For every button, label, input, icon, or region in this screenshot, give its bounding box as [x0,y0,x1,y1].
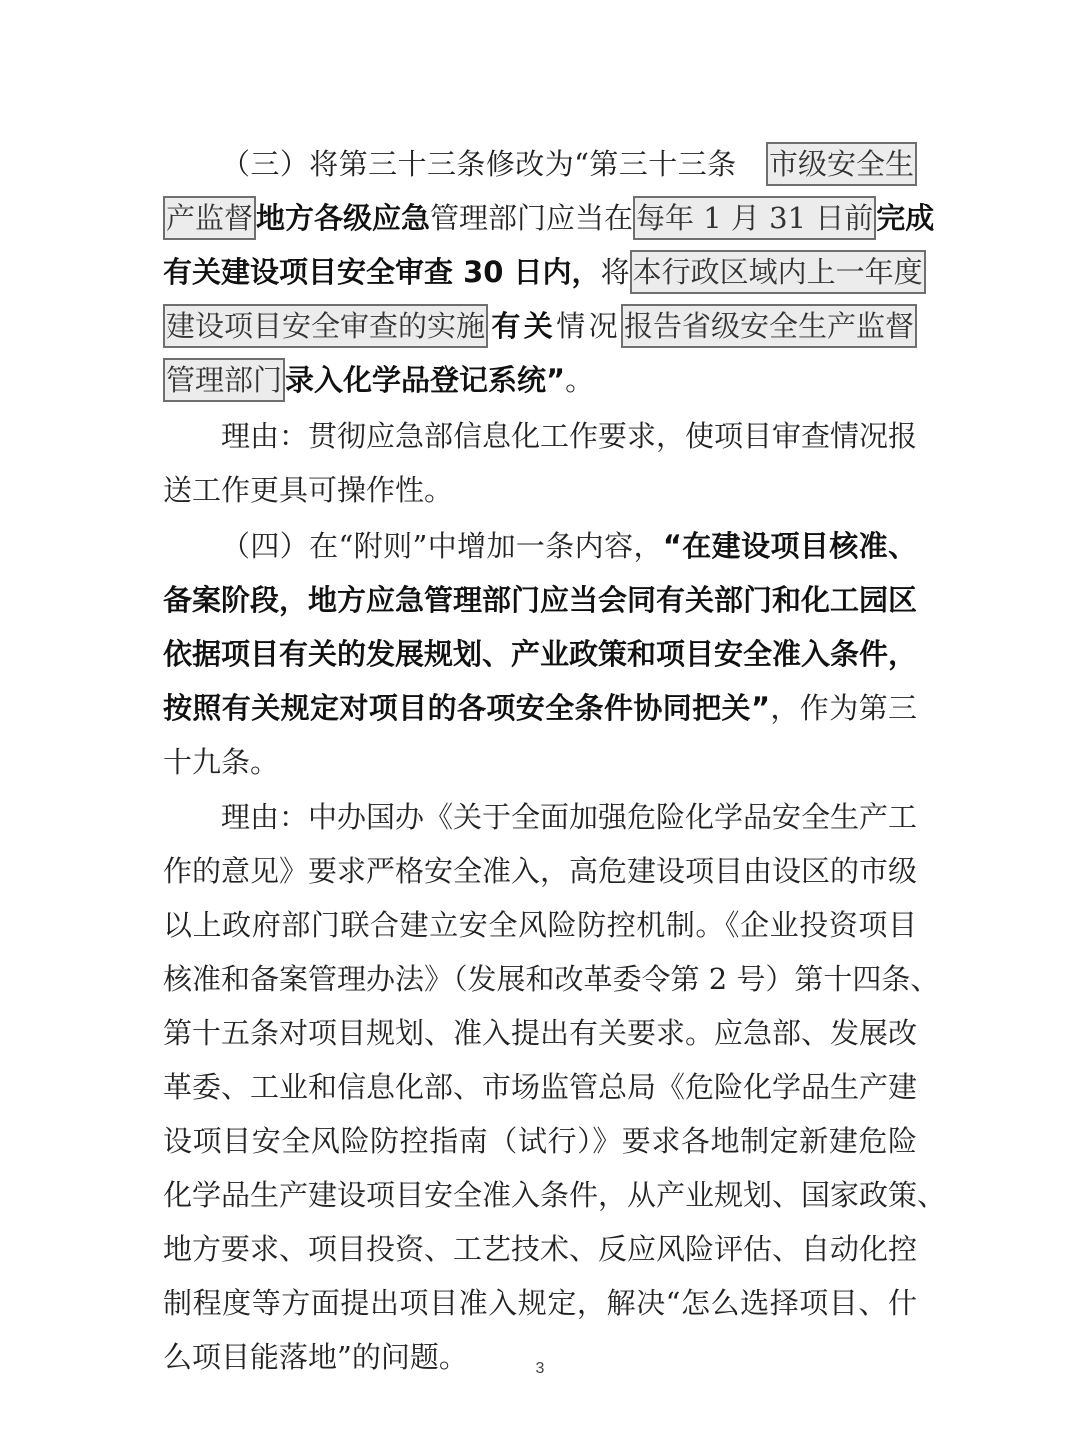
text-segment: 化学品生产建设项目安全准入条件，从产业规划、国家政策、 [163,1178,946,1212]
deleted-text: 本行政区域内上一年度 [630,250,926,294]
added-text: 依据项目有关的发展规划、产业政策和项目安全准入条件， [163,637,917,671]
added-text: 完成 [876,201,934,235]
text-segment: 地方要求、项目投资、工艺技术、反应风险评估、自动化控 [163,1232,917,1266]
deleted-text: 报告省级安全生产监督 [621,304,917,348]
text-segment: 设项目安全风险防控指南（试行）》要求各地制定新建危险 [163,1124,917,1158]
text-line: 设项目安全风险防控指南（试行）》要求各地制定新建危险 [163,1115,917,1167]
text-line: 送工作更具可操作性。 [163,464,917,516]
added-text: 按照有关规定对项目的各项安全条件协同把关” [163,691,770,725]
text-segment: 送工作更具可操作性。 [163,473,453,507]
text-segment: 理由：中办国办《关于全面加强危险化学品安全生产工 [221,800,917,834]
text-segment: 制程度等方面提出项目准入规定，解决“怎么选择项目、什 [163,1286,917,1320]
text-line: 备案阶段，地方应急管理部门应当会同有关部门和化工园区 [163,574,917,626]
added-text: 备案阶段，地方应急管理部门应当会同有关部门和化工园区 [163,583,917,617]
text-segment: 将 [601,255,630,289]
document-page: （三）将第三十三条修改为“第三十三条 市级安全生产监督地方各级应急管理部门应当在… [0,0,1080,1435]
text-segment: 十九条。 [163,745,279,779]
text-segment: 管理部门应当在 [430,201,633,235]
text-line: 按照有关规定对项目的各项安全条件协同把关”，作为第三 [163,682,917,734]
text-segment: ，作为第三 [770,691,917,725]
text-line: 理由：贯彻应急部信息化工作要求，使项目审查情况报 [221,410,917,462]
text-segment: 第十五条对项目规划、准入提出有关要求。应急部、发展改 [163,1016,917,1050]
added-text: 地方各级应急 [256,201,430,235]
text-line: 第十五条对项目规划、准入提出有关要求。应急部、发展改 [163,1007,917,1059]
text-line: （三）将第三十三条修改为“第三十三条 市级安全生 [221,138,917,190]
text-line: 十九条。 [163,736,917,788]
deleted-text: 每年 1 月 31 日前 [633,196,876,240]
text-segment: （四）在“附则”中增加一条内容， [221,529,663,563]
added-text: 有关建设项目安全审查 30 日内， [163,255,601,289]
text-line: 产监督地方各级应急管理部门应当在每年 1 月 31 日前完成 [163,192,917,244]
text-line: 管理部门录入化学品登记系统”。 [163,354,917,406]
text-line: 作的意见》要求严格安全准入，高危建设项目由设区的市级 [163,845,917,897]
deleted-text: 管理部门 [163,358,285,402]
text-segment: （三）将第三十三条修改为“第三十三条 [221,147,766,181]
added-text: 录入化学品登记系统” [285,363,565,397]
text-line: 化学品生产建设项目安全准入条件，从产业规划、国家政策、 [163,1169,917,1221]
deleted-text: 产监督 [163,196,256,240]
text-segment: 核准和备案管理办法》（发展和改革委令第 2 号）第十四条、 [163,962,939,996]
added-text: “在建设项目核准、 [663,529,917,563]
text-line: 建设项目安全审查的实施有关情况报告省级安全生产监督 [163,300,917,352]
text-segment: 作的意见》要求严格安全准入，高危建设项目由设区的市级 [163,854,917,888]
text-line: 依据项目有关的发展规划、产业政策和项目安全准入条件， [163,628,917,680]
page-number: 3 [0,1360,1080,1378]
deleted-text: 建设项目安全审查的实施 [163,304,488,348]
text-line: 地方要求、项目投资、工艺技术、反应风险评估、自动化控 [163,1223,917,1275]
text-line: 制程度等方面提出项目准入规定，解决“怎么选择项目、什 [163,1277,917,1329]
text-segment: 情况 [556,309,621,343]
text-line: （四）在“附则”中增加一条内容，“在建设项目核准、 [221,520,917,572]
text-line: 理由：中办国办《关于全面加强危险化学品安全生产工 [221,791,917,843]
text-segment: 以上政府部门联合建立安全风险防控机制。《企业投资项目 [163,908,917,942]
text-line: 以上政府部门联合建立安全风险防控机制。《企业投资项目 [163,899,917,951]
text-segment: 理由：贯彻应急部信息化工作要求，使项目审查情况报 [221,419,917,453]
deleted-text: 市级安全生 [766,142,917,186]
text-segment: 革委、工业和信息化部、市场监管总局《危险化学品生产建 [163,1070,917,1104]
text-line: 革委、工业和信息化部、市场监管总局《危险化学品生产建 [163,1061,917,1113]
added-text: 有关 [488,309,556,343]
text-line: 有关建设项目安全审查 30 日内，将本行政区域内上一年度 [163,246,917,298]
text-line: 核准和备案管理办法》（发展和改革委令第 2 号）第十四条、 [163,953,917,1005]
text-segment: 。 [565,363,594,397]
